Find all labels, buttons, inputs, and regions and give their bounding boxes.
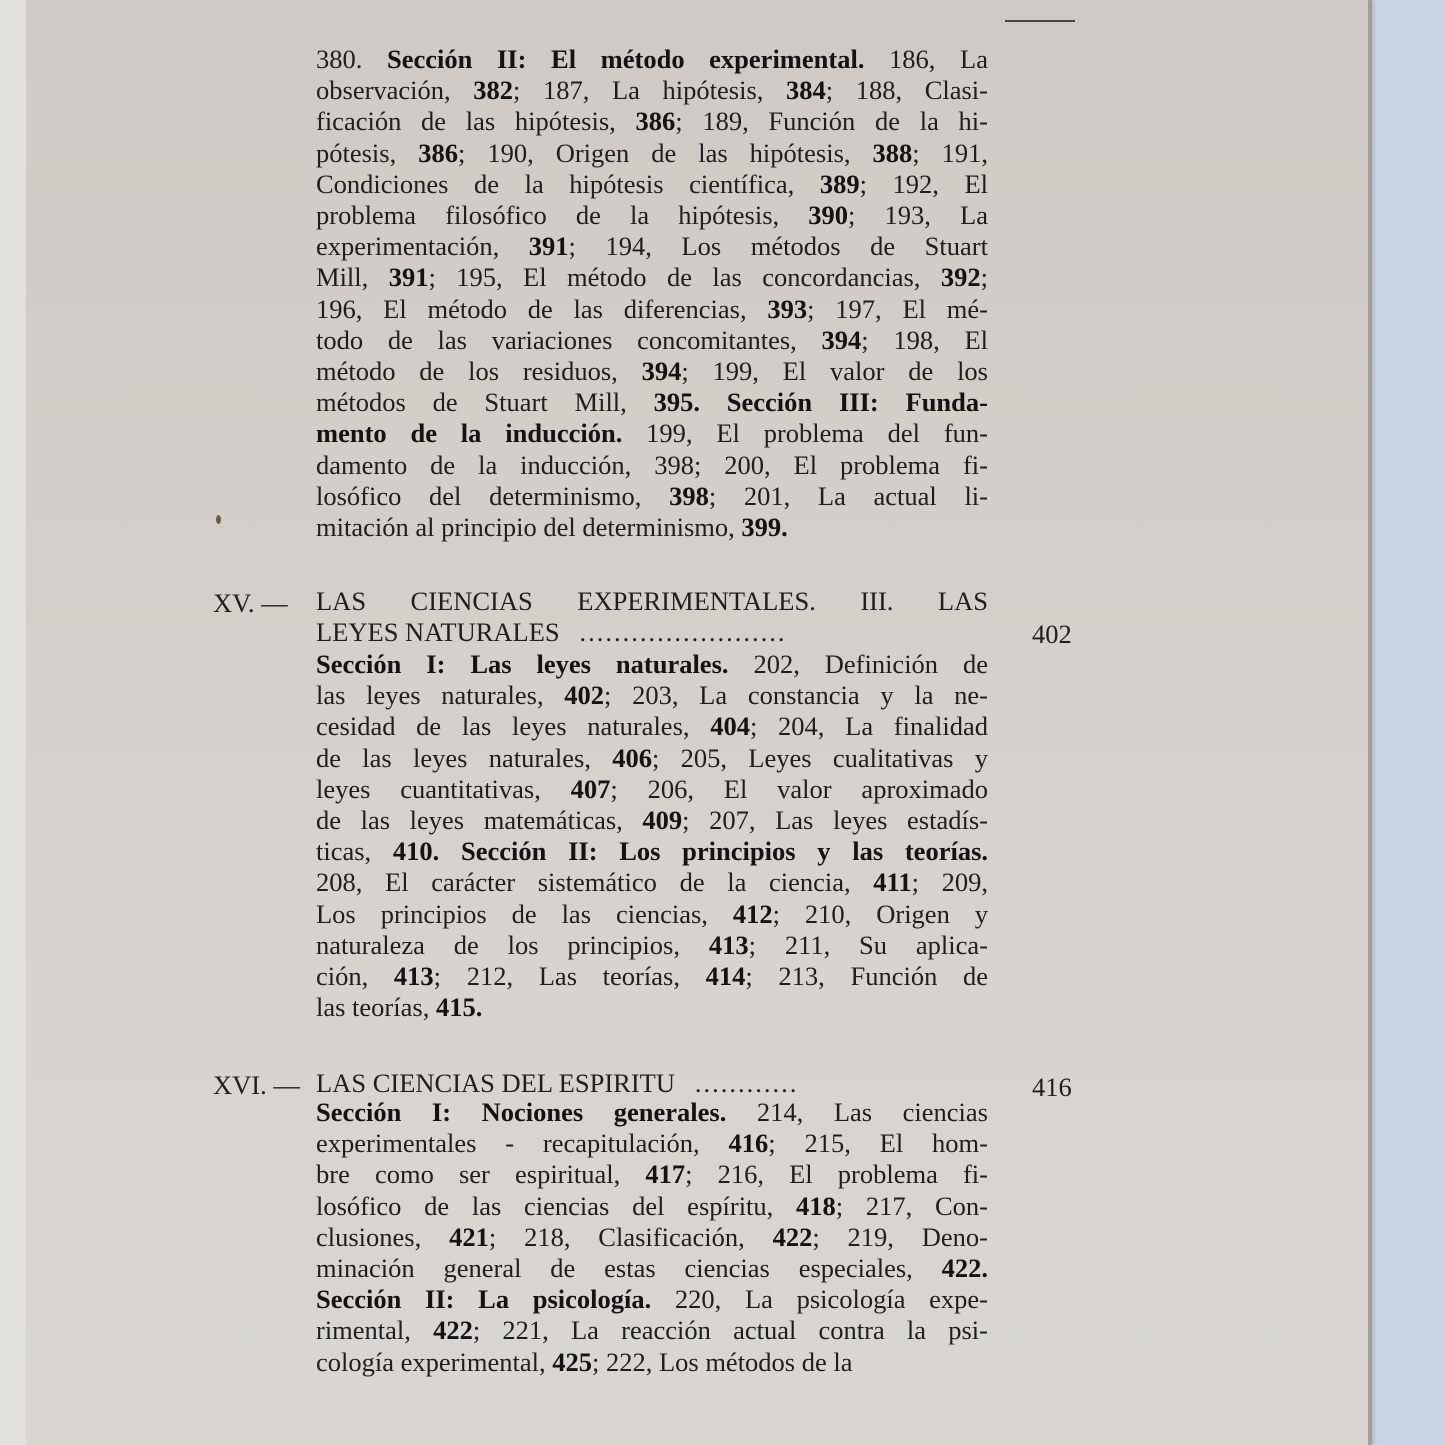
dot-leader: ........................ (580, 617, 787, 647)
text-line: losófico del determinismo, 398; 201, La … (316, 481, 988, 512)
text-line: ficación de las hipótesis, 386; 189, Fun… (316, 106, 988, 137)
bold-text: 386 (636, 106, 676, 136)
header-rule (1005, 20, 1075, 22)
bold-text: 394 (822, 325, 862, 355)
bold-text: 392 (941, 262, 981, 292)
text-line: Sección II: La psicología. 220, La psico… (316, 1284, 988, 1315)
text-line: 196, El método de las diferencias, 393; … (316, 294, 988, 325)
bold-text: 406 (612, 743, 652, 773)
text-line: pótesis, 386; 190, Origen de las hipótes… (316, 138, 988, 169)
text-line: minación general de estas ciencias espec… (316, 1253, 988, 1284)
bold-text: 388 (873, 138, 913, 168)
text-line: leyes cuantitativas, 407; 206, El valor … (316, 774, 988, 805)
text-line: Los principios de las ciencias, 412; 210… (316, 899, 988, 930)
bold-text: 382 (473, 75, 513, 105)
bold-text: 395. Sección III: Funda- (654, 387, 988, 417)
bold-text: 410. Sección II: Los principios y las te… (393, 836, 988, 866)
text-line: Sección I: Nociones generales. 214, Las … (316, 1097, 988, 1128)
title-text: LAS CIENCIAS DEL ESPIRITU (316, 1068, 675, 1098)
text-line: de las leyes matemáticas, 409; 207, Las … (316, 805, 988, 836)
chapter-xv-title-line-1: LAS CIENCIAS EXPERIMENTALES. III. LAS (316, 586, 988, 617)
bold-text: 415. (436, 992, 482, 1022)
text-line: método de los residuos, 394; 199, El val… (316, 356, 988, 387)
bold-text: 391 (529, 231, 569, 261)
text-line: experimentales - recapitulación, 416; 21… (316, 1128, 988, 1159)
text-line: losófico de las ciencias del espíritu, 4… (316, 1191, 988, 1222)
text-line: métodos de Stuart Mill, 395. Sección III… (316, 387, 988, 418)
title-text: LEYES NATURALES (316, 617, 560, 647)
chapter-xv-page: 402 (1032, 619, 1072, 650)
bold-text: 398 (669, 481, 709, 511)
text-line: las leyes naturales, 402; 203, La consta… (316, 680, 988, 711)
bold-text: 393 (767, 294, 807, 324)
bold-text: 417 (645, 1159, 685, 1189)
text-line: 380. Sección II: El método experimental.… (316, 44, 988, 75)
bold-text: 394 (642, 356, 682, 386)
text-line: cología experimental, 425; 222, Los méto… (316, 1347, 988, 1378)
text-line: ticas, 410. Sección II: Los principios y… (316, 836, 988, 867)
text-line: mitación al principio del determinismo, … (316, 512, 988, 543)
bold-text: Sección II: La psicología. (316, 1284, 651, 1314)
text-line: de las leyes naturales, 406; 205, Leyes … (316, 743, 988, 774)
adjacent-page-edge (0, 0, 26, 1445)
bold-text: Sección I: Nociones generales. (316, 1097, 726, 1127)
bold-text: 425 (552, 1347, 592, 1377)
chapter-number-xv: XV. — (213, 588, 288, 619)
bold-text: 384 (786, 75, 826, 105)
text-line: problema filosófico de la hipótesis, 390… (316, 200, 988, 231)
bold-text: 422 (773, 1222, 813, 1252)
bold-text: Sección I: Las leyes naturales. (316, 649, 729, 679)
chapter-number-xvi: XVI. — (213, 1070, 300, 1101)
bold-text: 412 (733, 899, 773, 929)
bold-text: 409 (642, 805, 682, 835)
paper-spot (216, 515, 221, 524)
bold-text: 422. (942, 1253, 988, 1283)
text-line: las teorías, 415. (316, 992, 988, 1023)
bold-text: 413 (709, 930, 749, 960)
bold-text: 414 (706, 961, 746, 991)
chapter-xv-title: LAS CIENCIAS EXPERIMENTALES. III. LAS LE… (316, 586, 988, 648)
bold-text: 389 (820, 169, 860, 199)
bold-text: 411 (873, 867, 911, 897)
page-edge-shadow (1368, 0, 1372, 1445)
bold-text: 416 (728, 1128, 768, 1158)
bold-text: 421 (449, 1222, 489, 1252)
text-line: bre como ser espiritual, 417; 216, El pr… (316, 1159, 988, 1190)
chapter-xv-title-line-2: LEYES NATURALES ........................ (316, 617, 988, 648)
bold-text: 404 (710, 711, 750, 741)
text-line: todo de las variaciones concomitantes, 3… (316, 325, 988, 356)
bold-text: 390 (808, 200, 848, 230)
bold-text: 399. (741, 512, 787, 542)
text-line: mento de la inducción. 199, El problema … (316, 418, 988, 449)
text-line: rimental, 422; 221, La reacción actual c… (316, 1315, 988, 1346)
bold-text: 418 (796, 1191, 836, 1221)
bold-text: mento de la inducción. (316, 418, 622, 448)
section-continuation-text: 380. Sección II: El método experimental.… (316, 44, 988, 543)
bold-text: 422 (433, 1315, 473, 1345)
text-line: damento de la inducción, 398; 200, El pr… (316, 450, 988, 481)
bold-text: Sección II: El método experimental. (387, 44, 864, 74)
text-line: Mill, 391; 195, El método de las concord… (316, 262, 988, 293)
text-line: cesidad de las leyes naturales, 404; 204… (316, 711, 988, 742)
text-line: naturaleza de los principios, 413; 211, … (316, 930, 988, 961)
chapter-xv-contents: Sección I: Las leyes naturales. 202, Def… (316, 649, 988, 1023)
chapter-xvi-title: LAS CIENCIAS DEL ESPIRITU ............ (316, 1068, 988, 1099)
text-line: 208, El carácter sistemático de la cienc… (316, 867, 988, 898)
bold-text: 407 (571, 774, 611, 804)
chapter-xvi-contents: Sección I: Nociones generales. 214, Las … (316, 1097, 988, 1378)
text-line: experimentación, 391; 194, Los métodos d… (316, 231, 988, 262)
text-line: ción, 413; 212, Las teorías, 414; 213, F… (316, 961, 988, 992)
dot-leader: ............ (695, 1068, 799, 1098)
text-line: observación, 382; 187, La hipótesis, 384… (316, 75, 988, 106)
chapter-xvi-page: 416 (1032, 1072, 1072, 1103)
bold-text: 386 (418, 138, 458, 168)
bold-text: 413 (394, 961, 434, 991)
bold-text: 391 (389, 262, 429, 292)
text-line: Sección I: Las leyes naturales. 202, Def… (316, 649, 988, 680)
bold-text: 402 (564, 680, 604, 710)
text-line: clusiones, 421; 218, Clasificación, 422;… (316, 1222, 988, 1253)
chapter-xvi-title-line-1: LAS CIENCIAS DEL ESPIRITU ............ (316, 1068, 988, 1099)
text-line: Condiciones de la hipótesis científica, … (316, 169, 988, 200)
